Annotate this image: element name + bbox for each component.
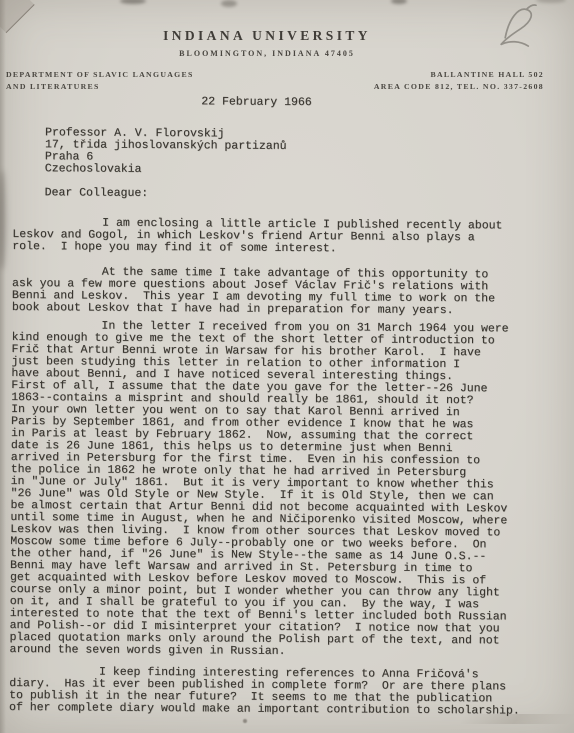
recipient-country: Czechoslovakia xyxy=(45,162,142,176)
paragraph-3: In the letter I received from you on 31 … xyxy=(9,320,508,659)
paragraph-1: I am enclosing a little article I publis… xyxy=(12,217,502,256)
salutation: Dear Colleague: xyxy=(45,187,149,200)
paragraph-4: I keep finding interesting references to… xyxy=(9,666,520,718)
scanned-letter-page: INDIANA UNIVERSITY BLOOMINGTON, INDIANA … xyxy=(0,0,574,733)
recipient-address: Professor A. V. Florovskij17, třida jiho… xyxy=(45,127,287,177)
typed-letter: 22 February 1966 Professor A. V. Florovs… xyxy=(9,0,574,733)
scan-edge-shadow xyxy=(0,0,6,733)
paragraph-2: At the same time I take advantage of thi… xyxy=(12,266,495,317)
letter-date: 22 February 1966 xyxy=(201,96,312,109)
